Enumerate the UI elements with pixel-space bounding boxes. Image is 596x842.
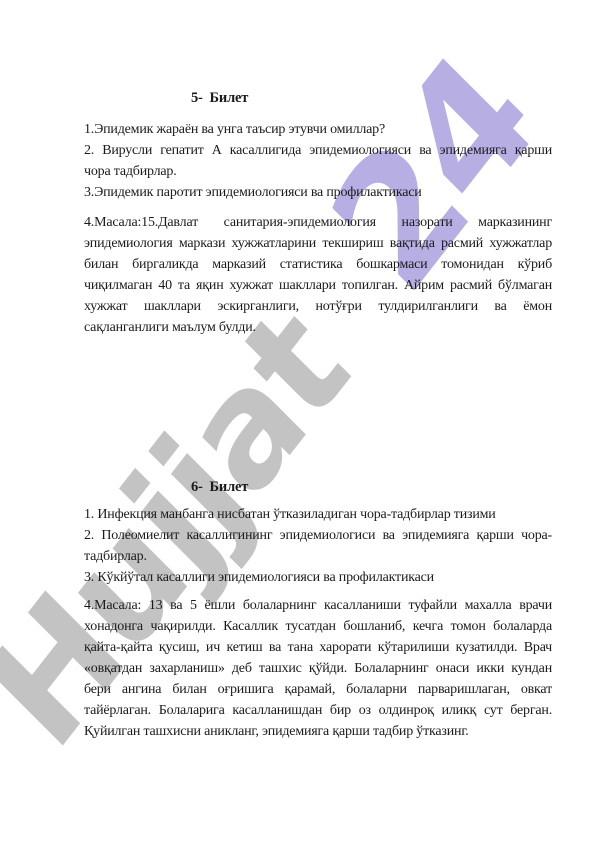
bilet-6-question-3: 3. Кўкйўтал касаллиги эпидемиологияси ва… <box>84 567 552 588</box>
bilet-5-heading: 5- Билет <box>84 88 552 109</box>
bilet-5-section: 5- Билет 1.Эпидемик жараён ва унга таъси… <box>84 88 552 338</box>
text-line: 2. Полеомиелит касаллигининг эпидемиолог… <box>84 525 552 546</box>
text-line: 3. Кўкйўтал касаллиги эпидемиологияси ва… <box>84 567 552 588</box>
text-line: чора тадбирлар. <box>84 161 552 182</box>
bilet-5-question-3: 3.Эпидемик паротит эпидемиологияси ва пр… <box>84 182 552 203</box>
bilet-5-problem: 4.Масала:15.Давлат санитария-эпидемиолог… <box>84 212 552 338</box>
bilet-5-question-1: 1.Эпидемик жараён ва унга таъсир этувчи … <box>84 119 552 140</box>
text-line: Қуйилган ташхисни аникланг, эпидемияга қ… <box>84 721 552 742</box>
text-line: эпидемиология маркази хужжатларини текши… <box>84 233 552 254</box>
text-line: 3.Эпидемик паротит эпидемиологияси ва пр… <box>84 182 552 203</box>
document-page: 5- Билет 1.Эпидемик жараён ва унга таъси… <box>84 88 552 742</box>
text-line: чиқилмаган 40 та яқин хужжат шакллари то… <box>84 275 552 296</box>
text-line: хужжат шакллари эскирганлиги, нотўғри ту… <box>84 296 552 317</box>
text-line: хонадонга чақирилди. Касаллик тусатдан б… <box>84 616 552 637</box>
bilet-5-question-2: 2. Вирусли гепатит А касаллигида эпидеми… <box>84 140 552 182</box>
text-line: тадбирлар. <box>84 546 552 567</box>
bilet-6-question-2: 2. Полеомиелит касаллигининг эпидемиолог… <box>84 525 552 567</box>
text-line: «овқатдан захарланиш» деб ташхис қўйди. … <box>84 658 552 679</box>
bilet-6-question-1: 1. Инфекция манбанга нисбатан ўтказилади… <box>84 504 552 525</box>
text-line: бери ангина билан оғришига қарамай, бола… <box>84 679 552 700</box>
text-line: сақланганлиги маълум булди. <box>84 317 552 338</box>
text-line: 1. Инфекция манбанга нисбатан ўтказилади… <box>84 504 552 525</box>
bilet-6-heading: 6- Билет <box>84 477 552 498</box>
text-line: 4.Масала:15.Давлат санитария-эпидемиолог… <box>84 212 552 233</box>
text-line: тайёрлаган. Болаларига касалланишдан бир… <box>84 700 552 721</box>
text-line: қайта-қайта қусиш, ич кетиш ва тана харо… <box>84 637 552 658</box>
text-line: 4.Масала: 13 ва 5 ёшли болаларнинг касал… <box>84 595 552 616</box>
bilet-6-section: 6- Билет 1. Инфекция манбанга нисбатан ў… <box>84 477 552 742</box>
text-line: билан биргаликда марказий статистика бош… <box>84 254 552 275</box>
text-line: 2. Вирусли гепатит А касаллигида эпидеми… <box>84 140 552 161</box>
text-line: 1.Эпидемик жараён ва унга таъсир этувчи … <box>84 119 552 140</box>
bilet-6-problem: 4.Масала: 13 ва 5 ёшли болаларнинг касал… <box>84 595 552 742</box>
